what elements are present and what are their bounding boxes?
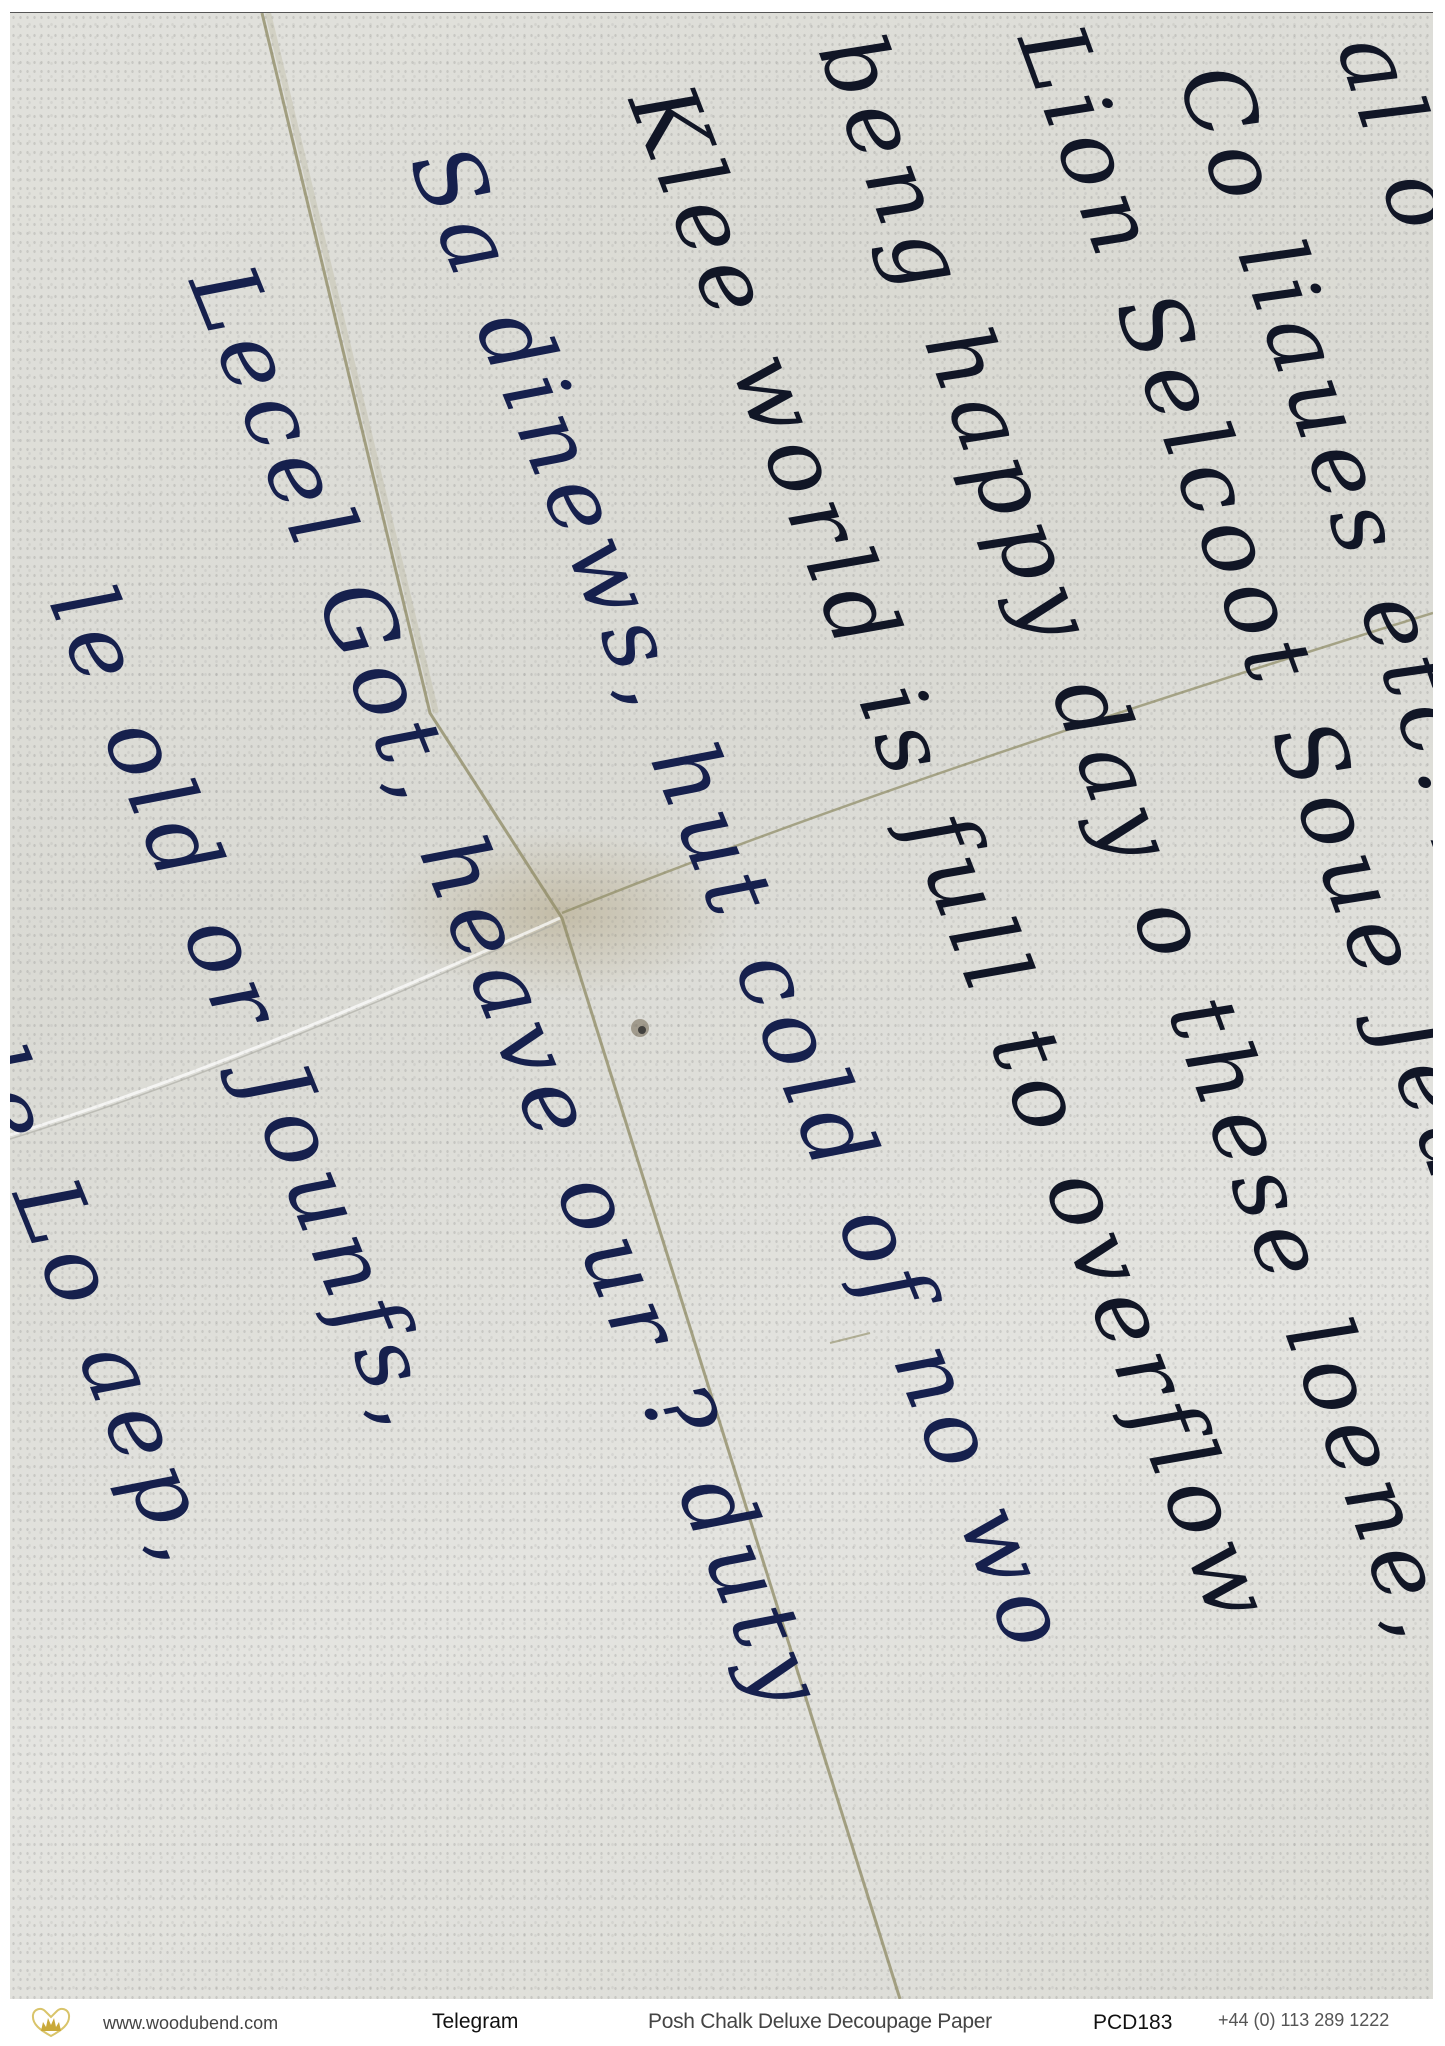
design-name: Telegram [432, 2010, 518, 2034]
crown-heart-logo-icon [30, 2006, 72, 2038]
product-line: Posh Chalk Deluxe Decoupage Paper [648, 2010, 992, 2034]
product-code: PCD183 [1093, 2011, 1172, 2035]
letter-artwork: al o Co liaues etc. / Br Lion Selcoot So… [10, 12, 1433, 1999]
phone-number: +44 (0) 113 289 1222 [1218, 2010, 1389, 2031]
website-url[interactable]: www.woodubend.com [103, 2013, 278, 2034]
product-footer: www.woodubend.com Telegram Posh Chalk De… [0, 1998, 1445, 2046]
